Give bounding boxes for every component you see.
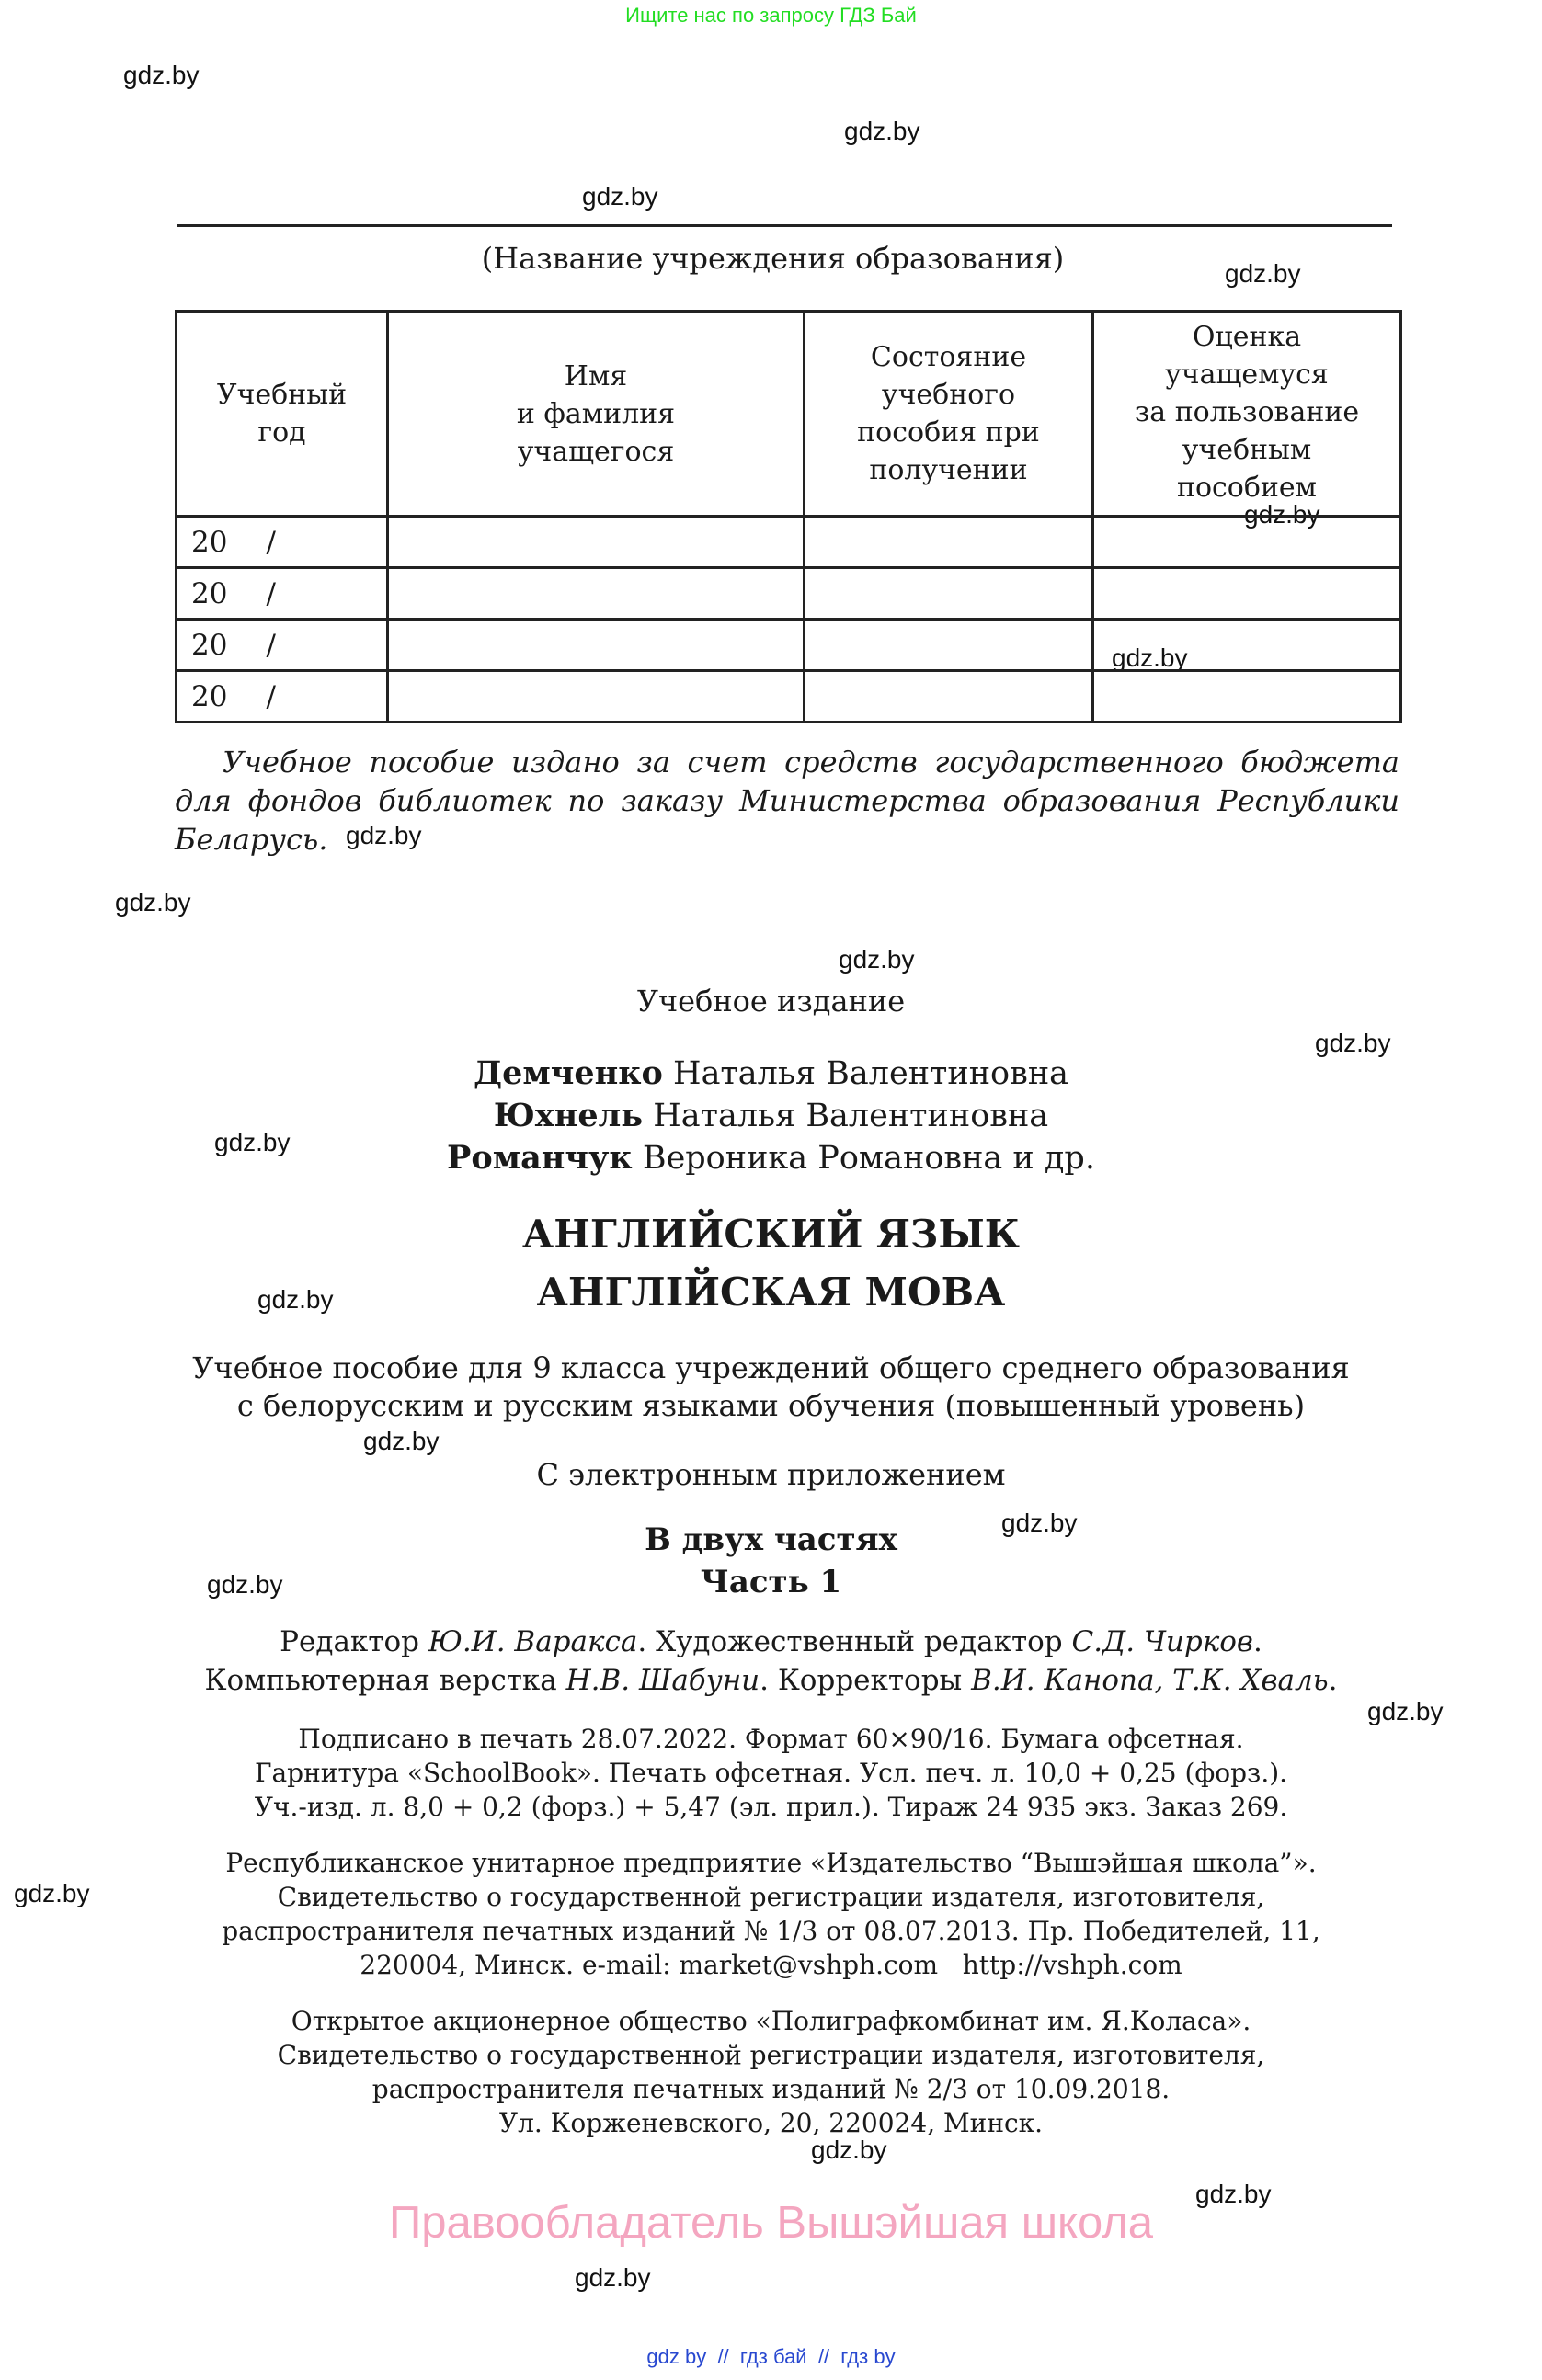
editor-name: Ю.И. Варакса	[428, 1625, 638, 1658]
grade-cell[interactable]	[1093, 671, 1401, 723]
author: Демченко Наталья Валентиновна	[0, 1054, 1542, 1092]
author-surname: Демченко	[474, 1054, 663, 1092]
header-school-year: Учебныйгод	[177, 312, 388, 517]
year-separator: /	[266, 629, 275, 662]
editor-label: Редактор	[280, 1625, 428, 1658]
year-cell[interactable]: 20/	[177, 620, 388, 671]
year-separator: /	[266, 680, 275, 713]
author-given-names: Наталья Валентиновна	[673, 1055, 1068, 1092]
table-row: 20/	[177, 671, 1401, 723]
year-cell[interactable]: 20/	[177, 671, 388, 723]
year-separator: /	[266, 526, 275, 559]
budget-funding-note: Учебное пособие издано за счет средств г…	[175, 743, 1399, 859]
printer-line: распространителя печатных изданий № 2/3 …	[0, 2074, 1542, 2104]
watermark: gdz.by	[115, 888, 191, 917]
table-row: 20/	[177, 517, 1401, 568]
layout-proof-credits: Компьютерная верстка Н.В. Шабуни. Коррек…	[0, 1664, 1542, 1697]
textbook-issue-table: Учебныйгод Имяи фамилияучащегося Состоян…	[175, 310, 1402, 723]
watermark: gdz.by	[811, 2135, 887, 2165]
condition-cell[interactable]	[805, 620, 1093, 671]
watermark: gdz.by	[575, 2263, 651, 2293]
institution-name-line[interactable]	[177, 224, 1392, 227]
header-student-name: Имяи фамилияучащегося	[388, 312, 805, 517]
name-cell[interactable]	[388, 620, 805, 671]
watermark: gdz.by	[1367, 1697, 1444, 1726]
author-surname: Юхнель	[494, 1097, 643, 1134]
grade-cell[interactable]	[1093, 517, 1401, 568]
art-editor-name: С.Д. Чирков	[1071, 1625, 1252, 1658]
header-student-grade: Оценкаучащемусяза пользованиеучебнымпосо…	[1093, 312, 1401, 517]
proofreaders-label: . Корректоры	[760, 1664, 971, 1697]
book-title-belarusian: АНГЛІЙСКАЯ МОВА	[0, 1270, 1542, 1315]
condition-cell[interactable]	[805, 671, 1093, 723]
rights-holder-notice: Правообладатель Вышэйшая школа	[0, 2197, 1542, 2249]
proofreaders-names: В.И. Канопа, Т.К. Хваль	[971, 1664, 1329, 1697]
watermark: gdz.by	[839, 945, 915, 974]
book-title-russian: АНГЛИЙСКИЙ ЯЗЫК	[0, 1212, 1542, 1257]
year-prefix: 20	[191, 577, 227, 610]
year-prefix: 20	[191, 680, 227, 713]
art-editor-label: . Художественный редактор	[637, 1625, 1071, 1658]
search-banner[interactable]: Ищите нас по запросу ГДЗ Бай	[0, 4, 1542, 28]
watermark: gdz.by	[844, 117, 920, 146]
punctuation: .	[1253, 1625, 1262, 1658]
author: Юхнель Наталья Валентиновна	[0, 1097, 1542, 1134]
layout-name: Н.В. Шабуни	[566, 1664, 760, 1697]
grade-cell[interactable]	[1093, 620, 1401, 671]
footer-links[interactable]: gdz by // гдз бай // гдз by	[0, 2345, 1542, 2369]
year-cell[interactable]: 20/	[177, 517, 388, 568]
publisher-line: Свидетельство о государственной регистра…	[0, 1882, 1542, 1912]
year-cell[interactable]: 20/	[177, 568, 388, 620]
parts-count: В двух частях	[0, 1521, 1542, 1558]
table-row: 20/	[177, 568, 1401, 620]
imprint-line: Гарнитура «SchoolBook». Печать офсетная.…	[0, 1758, 1542, 1788]
punctuation: .	[1329, 1664, 1338, 1697]
name-cell[interactable]	[388, 671, 805, 723]
name-cell[interactable]	[388, 568, 805, 620]
table-row: 20/	[177, 620, 1401, 671]
name-cell[interactable]	[388, 517, 805, 568]
edition-type: Учебное издание	[0, 984, 1542, 1019]
institution-caption-text: (Название учреждения образования)	[482, 241, 1065, 276]
electronic-supplement-note: С электронным приложением	[0, 1457, 1542, 1492]
imprint-line: Уч.-изд. л. 8,0 + 0,2 (форз.) + 5,47 (эл…	[0, 1792, 1542, 1822]
watermark: gdz.by	[363, 1427, 440, 1456]
year-prefix: 20	[191, 629, 227, 662]
part-number: Часть 1	[0, 1564, 1542, 1600]
publisher-line: Республиканское унитарное предприятие «И…	[0, 1848, 1542, 1878]
watermark: gdz.by	[582, 182, 658, 211]
printer-line: Открытое акционерное общество «Полиграфк…	[0, 2006, 1542, 2036]
condition-cell[interactable]	[805, 517, 1093, 568]
author-surname: Романчук	[447, 1139, 633, 1177]
publisher-line: распространителя печатных изданий № 1/3 …	[0, 1916, 1542, 1946]
author: Романчук Вероника Романовна и др.	[0, 1139, 1542, 1177]
layout-label: Компьютерная верстка	[205, 1664, 566, 1697]
imprint-line: Подписано в печать 28.07.2022. Формат 60…	[0, 1724, 1542, 1754]
book-subtitle-line: с белорусским и русским языками обучения…	[0, 1388, 1542, 1423]
table-header-row: Учебныйгод Имяи фамилияучащегося Состоян…	[177, 312, 1401, 517]
condition-cell[interactable]	[805, 568, 1093, 620]
author-given-names: Вероника Романовна и др.	[643, 1140, 1095, 1177]
year-separator: /	[266, 577, 275, 610]
printer-address: Ул. Корженевского, 20, 220024, Минск.	[0, 2108, 1542, 2138]
author-given-names: Наталья Валентиновна	[653, 1098, 1048, 1134]
book-subtitle-line: Учебное пособие для 9 класса учреждений …	[0, 1350, 1542, 1385]
header-condition-on-receipt: Состояниеучебногопособия приполучении	[805, 312, 1093, 517]
watermark: gdz.by	[123, 61, 200, 90]
publisher-contacts[interactable]: 220004, Минск. e-mail: market@vshph.com …	[0, 1950, 1542, 1980]
editors-credits: Редактор Ю.И. Варакса. Художественный ре…	[0, 1625, 1542, 1658]
printer-line: Свидетельство о государственной регистра…	[0, 2040, 1542, 2070]
year-prefix: 20	[191, 526, 227, 559]
grade-cell[interactable]	[1093, 568, 1401, 620]
institution-caption: (Название учреждения образования)	[0, 241, 1542, 276]
